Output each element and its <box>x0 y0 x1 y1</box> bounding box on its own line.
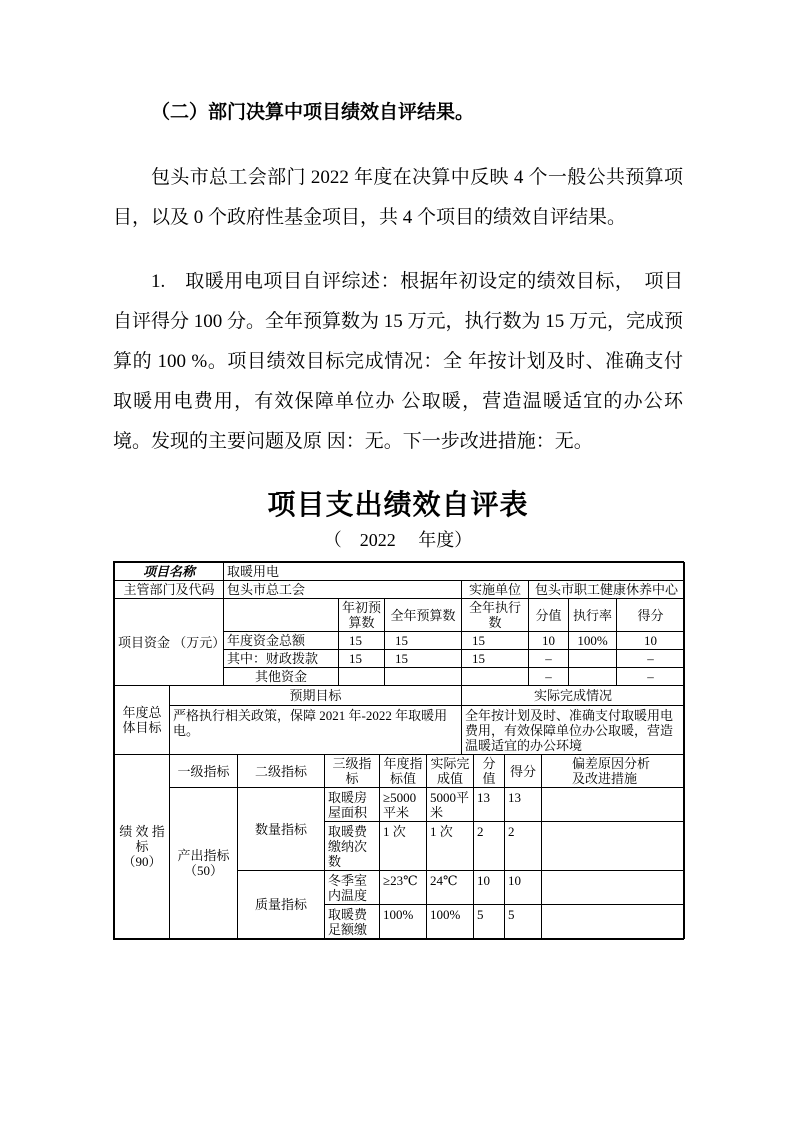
funds-row-name: 年度资金总额 <box>224 632 339 650</box>
implementing-unit-label: 实施单位 <box>462 581 529 599</box>
funds-header-initial-budget: 年初预算数 <box>339 599 385 632</box>
indicator-actual: 100% <box>427 905 474 939</box>
indicator-level3: 取暖房屋面积 <box>325 788 380 822</box>
header-deviation-text: 偏差原因分析及改进措施 <box>572 756 654 786</box>
funds-score: – <box>617 668 685 686</box>
indicator-target: ≥5000平米 <box>380 788 427 822</box>
section-heading: （二）部门决算中项目绩效自评结果。 <box>113 98 683 128</box>
indicator-level3: 取暖费足额缴 <box>325 905 380 939</box>
funds-header-executed: 全年执行数 <box>462 599 529 632</box>
funds-points: 10 <box>529 632 569 650</box>
level2-quantity-indicator: 数量指标 <box>238 788 325 871</box>
header-level1: 一级指标 <box>170 755 238 788</box>
actual-completion-text: 全年按计划及时、准确支付取暖用电费用，有效保障单位办公取暖，营造温暖适宜的办公环… <box>462 706 685 755</box>
indicator-level3: 冬季室内温度 <box>325 871 380 905</box>
funds-exec-rate: 100% <box>569 632 617 650</box>
funds-executed <box>462 668 529 686</box>
project-name-label: 项目名称 <box>115 563 224 581</box>
funds-points: – <box>529 650 569 668</box>
funds-exec-rate <box>569 650 617 668</box>
indicator-deviation <box>542 905 685 939</box>
funds-executed: 15 <box>462 632 529 650</box>
funds-exec-rate <box>569 668 617 686</box>
indicator-score: 2 <box>505 822 542 871</box>
implementing-unit-value: 包头市职工健康休养中心 <box>529 581 685 599</box>
self-evaluation-table: 项目名称 取暖用电 主管部门及代码 包头市总工会 实施单位 包头市职工健康休养中… <box>113 561 684 940</box>
funds-row-name: 其中：财政拨款 <box>224 650 339 668</box>
indicator-points: 10 <box>474 871 505 905</box>
header-actual-value: 实际完成值 <box>427 755 474 788</box>
funds-annual-budget: 15 <box>385 650 462 668</box>
funds-annual-budget <box>385 668 462 686</box>
indicator-target: 100% <box>380 905 427 939</box>
table-subtitle: （ 2022 年度） <box>113 528 683 552</box>
indicators-table: 绩 效 指 标 （90） 一级指标 二级指标 三级指标 年度指标值 实际完成值 … <box>114 754 685 939</box>
annual-goal-table: 年度总体目标 预期目标 实际完成情况 严格执行相关政策，保障 2021 年-20… <box>114 685 685 755</box>
project-name-row: 项目名称 取暖用电 <box>115 563 685 581</box>
indicator-deviation <box>542 788 685 822</box>
indicator-score: 10 <box>505 871 542 905</box>
document-page: （二）部门决算中项目绩效自评结果。 包头市总工会部门 2022 年度在决算中反映… <box>0 0 795 1124</box>
indicator-actual: 5000平米 <box>427 788 474 822</box>
header-points: 分值 <box>474 755 505 788</box>
level2-quality-indicator: 质量指标 <box>238 871 325 939</box>
table-title: 项目支出绩效自评表 <box>113 489 683 523</box>
paragraph-summary: 包头市总工会部门 2022 年度在决算中反映 4 个一般公共预算项目，以及 0 … <box>113 158 683 238</box>
department-label: 主管部门及代码 <box>115 581 224 599</box>
funds-initial-budget: 15 <box>339 650 385 668</box>
actual-completion-header: 实际完成情况 <box>462 686 685 706</box>
funds-score: 10 <box>617 632 685 650</box>
funds-initial-budget <box>339 668 385 686</box>
indicator-target: ≥23℃ <box>380 871 427 905</box>
header-level3: 三级指标 <box>325 755 380 788</box>
funds-header-exec-rate: 执行率 <box>569 599 617 632</box>
goal-header-row: 年度总体目标 预期目标 实际完成情况 <box>115 686 685 706</box>
funds-header-score: 得分 <box>617 599 685 632</box>
indicator-target: 1 次 <box>380 822 427 871</box>
funds-header-points: 分值 <box>529 599 569 632</box>
header-deviation: 偏差原因分析及改进措施 <box>542 755 685 788</box>
indicator-actual: 1 次 <box>427 822 474 871</box>
funds-points: – <box>529 668 569 686</box>
goal-content-row: 严格执行相关政策，保障 2021 年-2022 年取暖用电。 全年按计划及时、准… <box>115 706 685 755</box>
header-target-value: 年度指标值 <box>380 755 427 788</box>
project-name-value: 取暖用电 <box>224 563 685 581</box>
indicators-label: 绩 效 指 标 （90） <box>115 755 170 939</box>
indicators-header-row: 绩 效 指 标 （90） 一级指标 二级指标 三级指标 年度指标值 实际完成值 … <box>115 755 685 788</box>
funds-empty-cell <box>224 599 339 632</box>
header-score: 得分 <box>505 755 542 788</box>
funds-header-row: 项目资金 （万元） 年初预算数 全年预算数 全年执行数 分值 执行率 得分 <box>115 599 685 632</box>
basic-and-funds-table: 项目名称 取暖用电 主管部门及代码 包头市总工会 实施单位 包头市职工健康休养中… <box>114 562 685 686</box>
funds-initial-budget: 15 <box>339 632 385 650</box>
funds-annual-budget: 15 <box>385 632 462 650</box>
indicator-points: 5 <box>474 905 505 939</box>
funds-row-name: 其他资金 <box>224 668 339 686</box>
indicator-deviation <box>542 822 685 871</box>
funds-label: 项目资金 （万元） <box>115 599 224 686</box>
indicator-score: 5 <box>505 905 542 939</box>
level1-output-indicator: 产出指标 （50） <box>170 788 238 939</box>
header-level2: 二级指标 <box>238 755 325 788</box>
funds-executed: 15 <box>462 650 529 668</box>
indicator-score: 13 <box>505 788 542 822</box>
indicator-level3: 取暖费缴纳次数 <box>325 822 380 871</box>
expected-goal-header: 预期目标 <box>170 686 462 706</box>
department-row: 主管部门及代码 包头市总工会 实施单位 包头市职工健康休养中心 <box>115 581 685 599</box>
expected-goal-text: 严格执行相关政策，保障 2021 年-2022 年取暖用电。 <box>170 706 462 755</box>
funds-score: – <box>617 650 685 668</box>
department-value: 包头市总工会 <box>224 581 462 599</box>
indicator-row: 产出指标 （50） 数量指标 取暖房屋面积 ≥5000平米 5000平米 13 … <box>115 788 685 822</box>
annual-goal-label: 年度总体目标 <box>115 686 170 755</box>
indicator-actual: 24℃ <box>427 871 474 905</box>
indicator-points: 2 <box>474 822 505 871</box>
indicator-points: 13 <box>474 788 505 822</box>
funds-header-annual-budget: 全年预算数 <box>385 599 462 632</box>
paragraph-project-review: 1. 取暖用电项目自评综述：根据年初设定的绩效目标， 项目自评得分 100 分。… <box>113 262 683 462</box>
indicator-deviation <box>542 871 685 905</box>
